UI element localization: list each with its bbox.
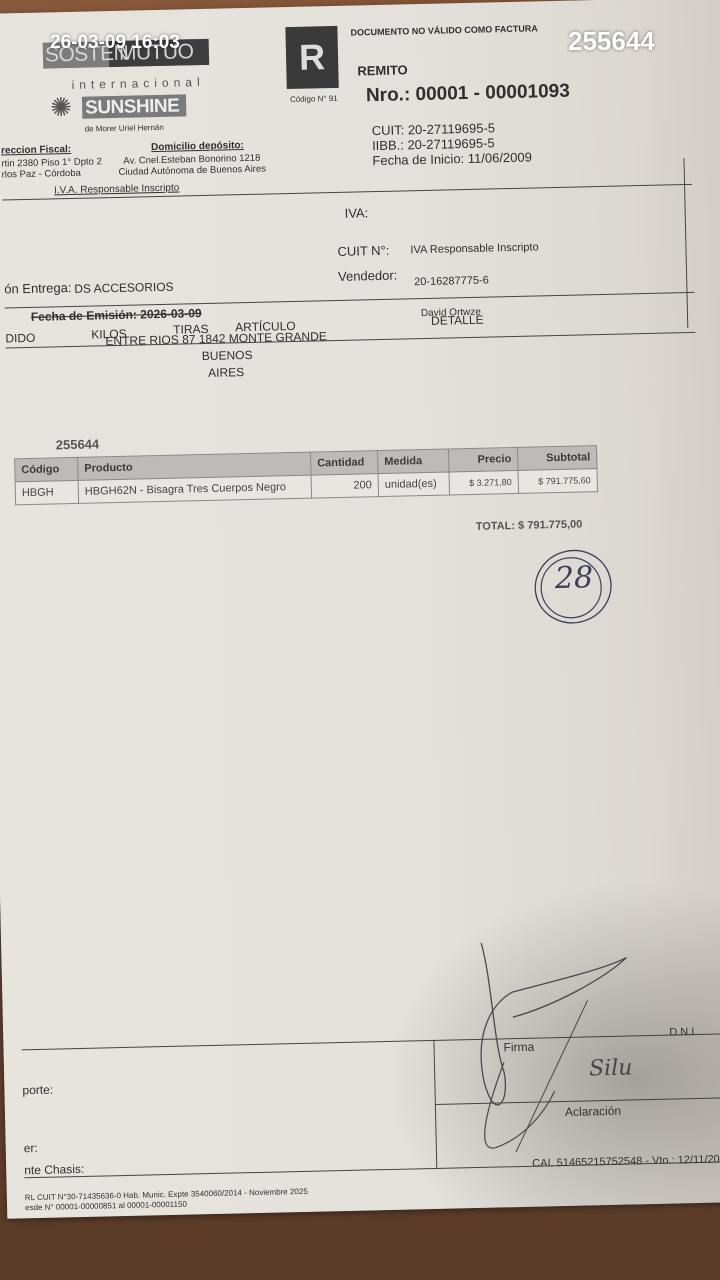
signature-text: Silu: [589, 1055, 633, 1081]
total-amount: TOTAL: $ 791.775,00: [476, 518, 583, 532]
cell-medida: unidad(es): [378, 472, 450, 497]
header-precio: Precio: [448, 447, 518, 472]
header-codigo: Código: [15, 457, 79, 481]
header-medida: Medida: [378, 449, 450, 474]
client-address-line3: AIRES: [208, 365, 244, 380]
dni-label: D.N.I.: [669, 1026, 697, 1039]
delivery-label: ón Entrega:: [4, 280, 72, 297]
owner-name: de Morer Uriel Hernán: [85, 123, 164, 134]
header-subtotal: Subtotal: [517, 446, 597, 471]
col-detalle: DETALLE: [431, 313, 484, 328]
cell-precio: $ 3.271,80: [449, 470, 519, 495]
cell-cantidad: 200: [311, 474, 379, 499]
deposit-address-label: Domicilio depósito:: [151, 140, 244, 153]
client-cuit-value: IVA Responsable Inscripto: [410, 241, 538, 256]
document-type: REMITO: [357, 62, 408, 78]
handwritten-note: 28: [555, 560, 594, 596]
vendor-value: 20-16287775-6: [414, 275, 489, 289]
client-address-line2: BUENOS: [202, 348, 253, 363]
cell-codigo: HBGH: [15, 480, 79, 504]
logo-internacional: internacional: [71, 75, 204, 92]
document-number: Nro.: 00001 - 00001093: [366, 81, 570, 108]
iva-label: IVA:: [344, 205, 368, 221]
camera-number-overlay: 255644: [568, 26, 655, 57]
client-cuit-label: CUIT N°:: [337, 243, 389, 259]
cell-subtotal: $ 791.775,60: [518, 469, 598, 494]
col-pedido: DIDO: [5, 331, 35, 346]
emission-date: Fecha de Emisión: 2026-03-09: [31, 306, 202, 324]
fiscal-address-label: reccion Fiscal:: [1, 144, 71, 157]
chassis-label: nte Chasis:: [24, 1162, 84, 1177]
fiscal-address-line2: rlos Paz - Córdoba: [2, 168, 81, 181]
driver-label: er:: [24, 1141, 38, 1155]
camera-timestamp: 26-03-09 16:03: [50, 32, 180, 54]
document-letter-box: R: [285, 26, 338, 89]
transport-label: porte:: [22, 1083, 53, 1098]
delivery-value: DS ACCESORIOS: [74, 280, 174, 296]
header-cantidad: Cantidad: [311, 451, 379, 476]
document-code: Código N° 91: [290, 94, 338, 104]
remito-document: SOSTEN MUTUO internacional ✺ SUNSHINE de…: [0, 0, 720, 1219]
sun-logo-icon: ✺: [50, 92, 72, 123]
iva-condition: I.V.A. Responsable Inscripto: [54, 183, 179, 197]
cell-producto: HBGH62N - Bisagra Tres Cuerpos Negro: [78, 475, 311, 503]
items-table: Código Producto Cantidad Medida Precio S…: [14, 445, 598, 505]
not-valid-notice: DOCUMENTO NO VÁLIDO COMO FACTURA: [350, 23, 538, 37]
deposit-address-line2: Ciudad Autónoma de Buenos Aires: [119, 164, 267, 178]
order-reference: 255644: [56, 436, 100, 452]
vendor-label: Vendedor:: [338, 268, 398, 284]
logo-sunshine: SUNSHINE: [85, 96, 180, 120]
signature-scribble-icon: [461, 919, 666, 1163]
start-date: Fecha de Inicio: 11/06/2009: [372, 150, 532, 169]
